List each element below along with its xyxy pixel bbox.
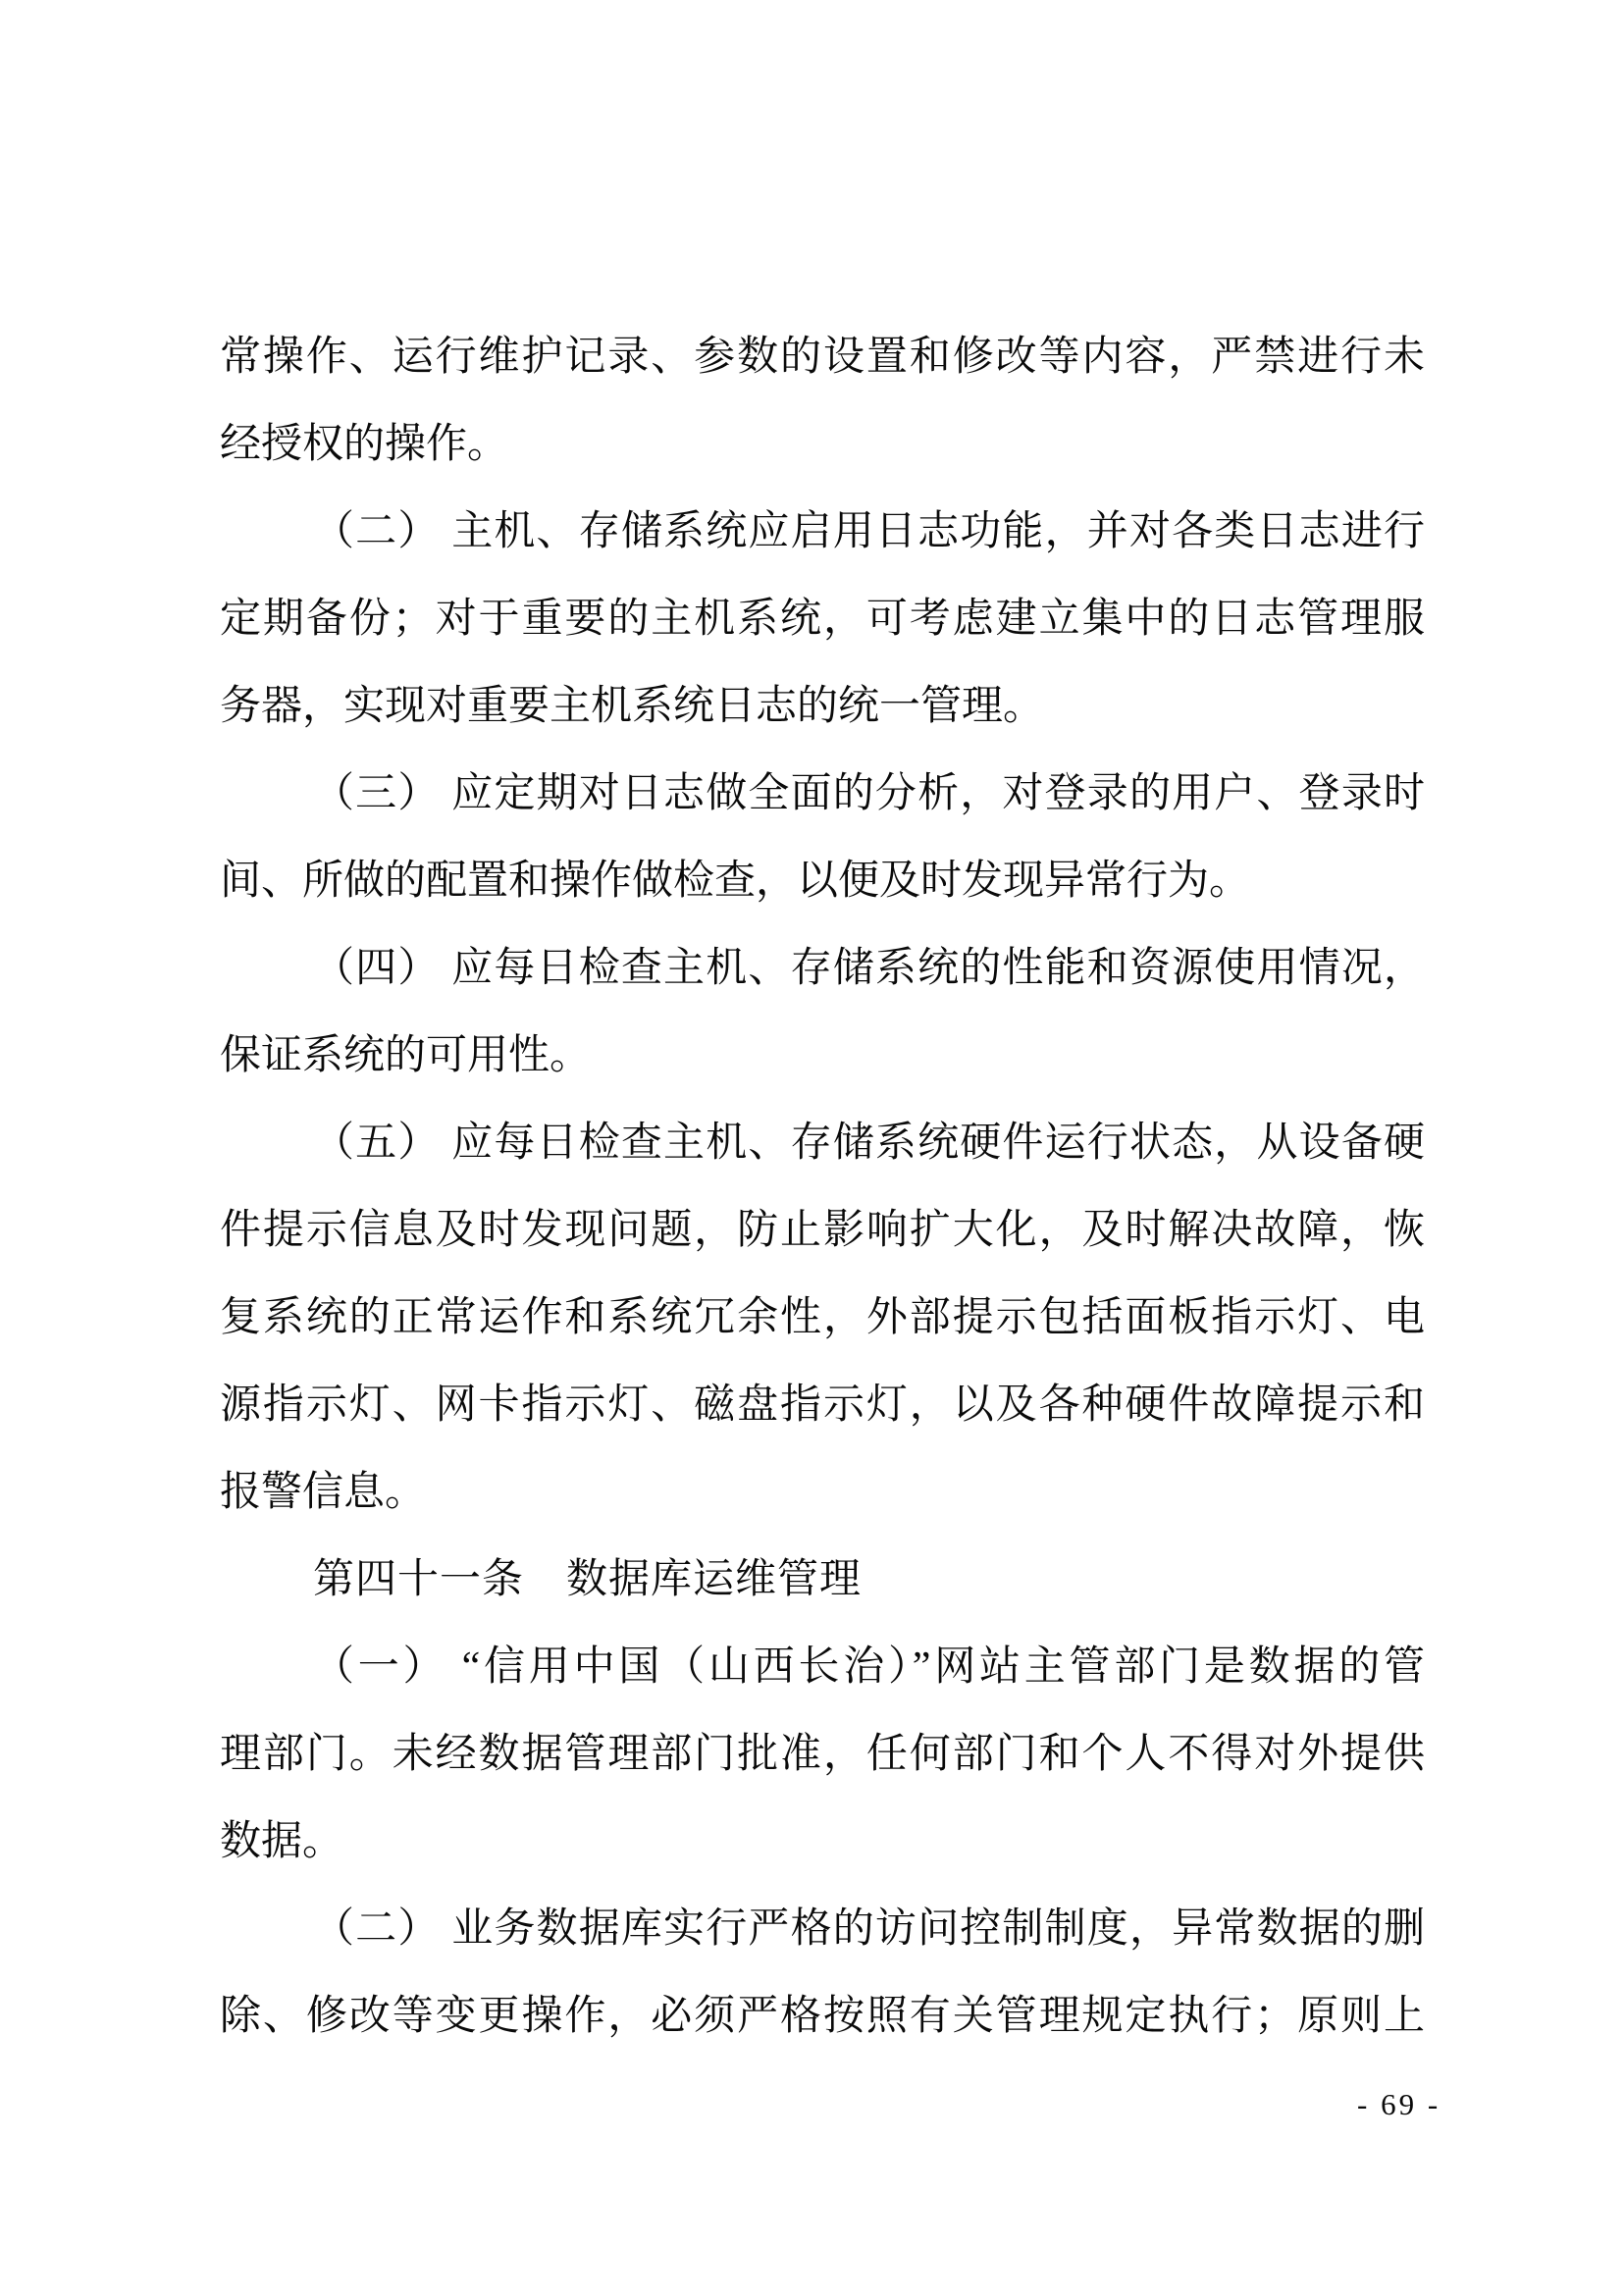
text-line: 理部门。未经数据管理部门批准，任何部门和个人不得对外提供 <box>220 1711 1425 1799</box>
text-line: 除、修改等变更操作，必须严格按照有关管理规定执行；原则上 <box>220 1973 1425 2061</box>
text-line: （二） 业务数据库实行严格的访问控制制度，异常数据的删 <box>220 1886 1425 1973</box>
text-line: （四） 应每日检查主机、存储系统的性能和资源使用情况， <box>220 925 1425 1013</box>
document-page: 常操作、运行维护记录、参数的设置和修改等内容，严禁进行未经授权的操作。（二） 主… <box>0 0 1624 2296</box>
text-line: 件提示信息及时发现问题，防止影响扩大化，及时解决故障，恢 <box>220 1187 1425 1275</box>
text-line: 复系统的正常运作和系统冗余性，外部提示包括面板指示灯、电 <box>220 1275 1425 1362</box>
text-line: 定期备份；对于重要的主机系统，可考虑建立集中的日志管理服 <box>220 576 1425 663</box>
text-line: （二） 主机、存储系统应启用日志功能，并对各类日志进行 <box>220 489 1425 576</box>
text-line: 数据。 <box>220 1799 1425 1886</box>
section-heading: 第四十一条 数据库运维管理 <box>220 1537 1425 1624</box>
text-line: 常操作、运行维护记录、参数的设置和修改等内容，严禁进行未 <box>220 314 1425 401</box>
text-line: 经授权的操作。 <box>220 401 1425 489</box>
text-line: （五） 应每日检查主机、存储系统硬件运行状态，从设备硬 <box>220 1100 1425 1187</box>
text-line: （一） “信用中国（山西长治）”网站主管部门是数据的管 <box>220 1624 1425 1711</box>
text-line: 报警信息。 <box>220 1449 1425 1537</box>
text-line: 保证系统的可用性。 <box>220 1013 1425 1100</box>
text-line: （三） 应定期对日志做全面的分析，对登录的用户、登录时 <box>220 751 1425 838</box>
page-number: - 69 - <box>1357 2082 1455 2127</box>
text-block: 常操作、运行维护记录、参数的设置和修改等内容，严禁进行未经授权的操作。（二） 主… <box>220 314 1425 2061</box>
text-line: 务器，实现对重要主机系统日志的统一管理。 <box>220 663 1425 751</box>
text-line: 源指示灯、网卡指示灯、磁盘指示灯，以及各种硬件故障提示和 <box>220 1362 1425 1449</box>
text-line: 间、所做的配置和操作做检查，以便及时发现异常行为。 <box>220 838 1425 925</box>
